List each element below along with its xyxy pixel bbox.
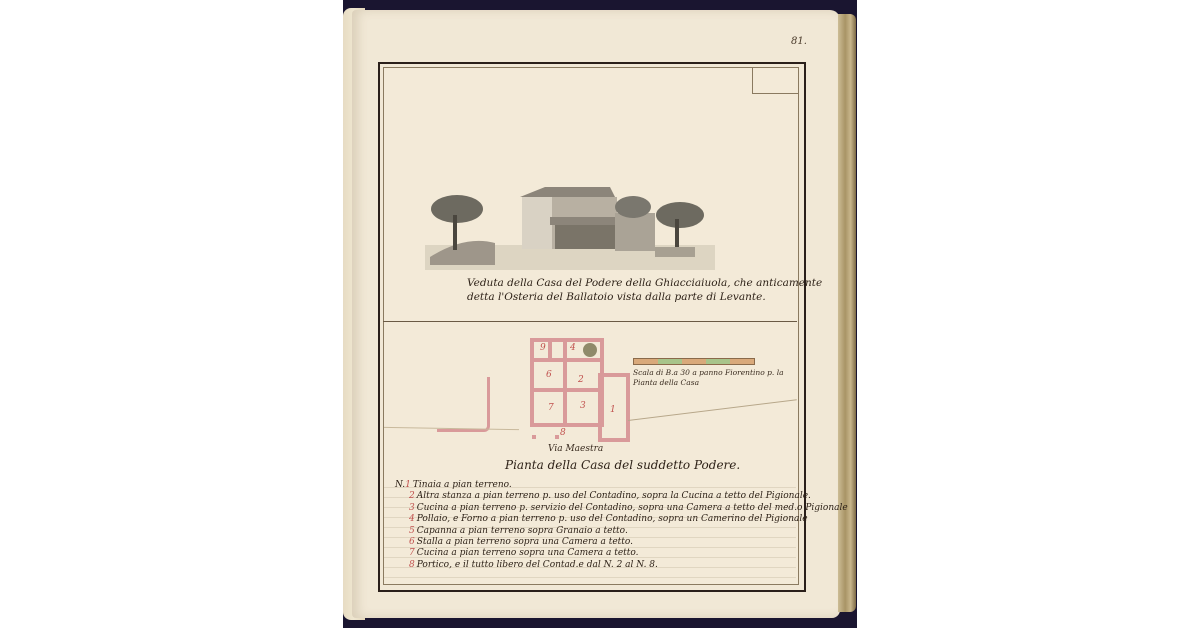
room-4-label: 4 bbox=[570, 343, 576, 353]
legend-item-6: 6Stalla a pian terreno sopra una Camera … bbox=[395, 537, 795, 548]
corner-box bbox=[752, 67, 798, 94]
floor-plan-icon bbox=[520, 335, 640, 445]
view-caption-line2: detta l'Osteria del Ballatoio vista dall… bbox=[467, 290, 766, 304]
legend-item-1: N.1Tinaia a pian terreno. bbox=[395, 480, 795, 491]
house-drawing-icon bbox=[425, 185, 715, 270]
page-edges bbox=[838, 14, 856, 612]
legend-item-2: 2Altra stanza a pian terreno p. uso del … bbox=[395, 491, 795, 502]
room-8-label: 8 bbox=[560, 428, 566, 438]
room-6-label: 6 bbox=[546, 370, 552, 380]
room-7-label: 7 bbox=[548, 403, 554, 413]
legend-item-4: 4Pollaio, e Forno a pian terreno p. uso … bbox=[395, 514, 795, 525]
room-1-label: 1 bbox=[610, 405, 616, 415]
legend-item-7: 7Cucina a pian terreno sopra una Camera … bbox=[395, 548, 795, 559]
legend-item-8: 8Portico, e il tutto libero del Contad.e… bbox=[395, 560, 795, 571]
section-divider bbox=[383, 321, 797, 322]
legend-item-5: 5Capanna a pian terreno sopra Granaio a … bbox=[395, 526, 795, 537]
scale-bar bbox=[633, 358, 755, 365]
legend: N.1Tinaia a pian terreno. 2Altra stanza … bbox=[395, 480, 795, 571]
room-9-label: 9 bbox=[540, 343, 546, 353]
road-outline bbox=[437, 377, 490, 432]
room-2-label: 2 bbox=[578, 375, 584, 385]
legend-item-3: 3Cucina a pian terreno p. servizio del C… bbox=[395, 503, 795, 514]
view-caption-line1: Veduta della Casa del Podere della Ghiac… bbox=[467, 276, 822, 290]
room-3-label: 3 bbox=[580, 401, 586, 411]
street-label: Via Maestra bbox=[548, 444, 603, 454]
plan-title: Pianta della Casa del suddetto Podere. bbox=[505, 458, 740, 472]
page-number: 81. bbox=[791, 36, 807, 47]
scale-label: Scala di B.a 30 a panno Fiorentino p. la… bbox=[633, 368, 793, 388]
